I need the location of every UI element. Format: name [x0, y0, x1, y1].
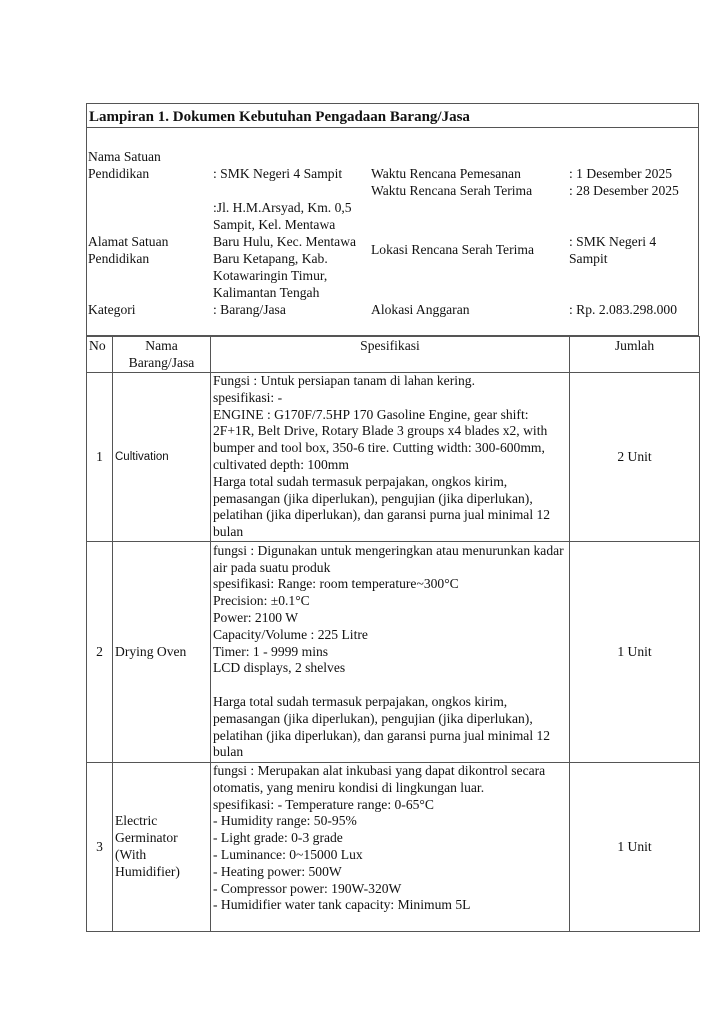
spec-line: Timer: 1 - 9999 mins — [213, 644, 567, 661]
waktu-pemesanan-label: Waktu Rencana Pemesanan — [371, 165, 521, 182]
item-quantity: 2 Unit — [570, 373, 700, 542]
table-row: 3ElectricGerminator(WithHumidifier)fungs… — [87, 763, 700, 932]
document-title: Lampiran 1. Dokumen Kebutuhan Pengadaan … — [87, 104, 698, 128]
header-no: No — [87, 337, 113, 373]
table-header-row: No Nama Barang/Jasa Spesifikasi Jumlah — [87, 337, 700, 373]
spec-line: spesifikasi: - — [213, 390, 567, 407]
address-line: :Jl. H.M.Arsyad, Km. 0,5 — [213, 199, 356, 216]
item-name-line: Electric — [115, 813, 208, 830]
waktu-pemesanan-value: : 1 Desember 2025 — [569, 165, 672, 182]
spec-line: Precision: ±0.1°C — [213, 593, 567, 610]
row-number: 3 — [87, 763, 113, 932]
spec-line: fungsi : Digunakan untuk mengeringkan at… — [213, 543, 567, 577]
item-name-line: (With — [115, 847, 208, 864]
address-line: Kotawaringin Timur, — [213, 267, 356, 284]
label-line: Pendidikan — [88, 250, 168, 267]
item-name: ElectricGerminator(WithHumidifier) — [113, 763, 211, 932]
item-name: Cultivation — [113, 373, 211, 542]
document-header-box: Lampiran 1. Dokumen Kebutuhan Pengadaan … — [86, 103, 699, 336]
alamat-label: Alamat Satuan Pendidikan — [88, 233, 168, 267]
lokasi-value: : SMK Negeri 4 Sampit — [569, 233, 656, 267]
spec-line: spesifikasi: Range: room temperature~300… — [213, 576, 567, 593]
spec-line: spesifikasi: - Temperature range: 0-65°C — [213, 797, 567, 814]
waktu-serah-label: Waktu Rencana Serah Terima — [371, 182, 532, 199]
waktu-serah-value: : 28 Desember 2025 — [569, 182, 679, 199]
item-quantity: 1 Unit — [570, 763, 700, 932]
spec-line: Harga total sudah termasuk perpajakan, o… — [213, 474, 567, 541]
item-spec: Fungsi : Untuk persiapan tanam di lahan … — [211, 373, 570, 542]
lokasi-label: Lokasi Rencana Serah Terima — [371, 241, 534, 258]
spec-line: fungsi : Merupakan alat inkubasi yang da… — [213, 763, 567, 797]
spec-line: - Heating power: 500W — [213, 864, 567, 881]
table-row: 2Drying Ovenfungsi : Digunakan untuk men… — [87, 542, 700, 763]
alamat-value: :Jl. H.M.Arsyad, Km. 0,5 Sampit, Kel. Me… — [213, 199, 356, 301]
header-line: Nama — [115, 338, 208, 355]
row-number: 1 — [87, 373, 113, 542]
address-line: Baru Hulu, Kec. Mentawa — [213, 233, 356, 250]
header-name: Nama Barang/Jasa — [113, 337, 211, 373]
item-name: Drying Oven — [113, 542, 211, 763]
label-line: Alamat Satuan — [88, 233, 168, 250]
spec-line: - Luminance: 0~15000 Lux — [213, 847, 567, 864]
item-spec: fungsi : Digunakan untuk mengeringkan at… — [211, 542, 570, 763]
nama-satuan-label: Nama Satuan Pendidikan — [88, 148, 161, 182]
spec-line: - Humidifier water tank capacity: Minimu… — [213, 897, 567, 914]
header-line: Barang/Jasa — [115, 355, 208, 372]
items-table: No Nama Barang/Jasa Spesifikasi Jumlah 1… — [86, 336, 700, 932]
spec-line: Fungsi : Untuk persiapan tanam di lahan … — [213, 373, 567, 390]
address-line: Baru Ketapang, Kab. — [213, 250, 356, 267]
item-spec: fungsi : Merupakan alat inkubasi yang da… — [211, 763, 570, 932]
table-row: 1CultivationFungsi : Untuk persiapan tan… — [87, 373, 700, 542]
spec-line: - Light grade: 0-3 grade — [213, 830, 567, 847]
address-line: Sampit, Kel. Mentawa — [213, 216, 356, 233]
label-line: Pendidikan — [88, 165, 161, 182]
alokasi-label: Alokasi Anggaran — [371, 301, 470, 318]
item-name-line: Humidifier) — [115, 864, 208, 881]
document-page: Lampiran 1. Dokumen Kebutuhan Pengadaan … — [86, 103, 699, 932]
spec-line: ENGINE : G170F/7.5HP 170 Gasoline Engine… — [213, 407, 567, 474]
spec-line — [213, 914, 567, 931]
header-spec: Spesifikasi — [211, 337, 570, 373]
header-qty: Jumlah — [570, 337, 700, 373]
spec-line: Power: 2100 W — [213, 610, 567, 627]
item-name-line: Germinator — [115, 830, 208, 847]
spec-line: - Humidity range: 50-95% — [213, 813, 567, 830]
spec-line: Capacity/Volume : 225 Litre — [213, 627, 567, 644]
value-line: Sampit — [569, 250, 656, 267]
item-quantity: 1 Unit — [570, 542, 700, 763]
label-line: Nama Satuan — [88, 148, 161, 165]
info-section: Nama Satuan Pendidikan : SMK Negeri 4 Sa… — [87, 128, 698, 335]
item-name-line: Cultivation — [115, 449, 208, 466]
spec-line: - Compressor power: 190W-320W — [213, 881, 567, 898]
spec-line: Harga total sudah termasuk perpajakan, o… — [213, 694, 567, 761]
value-line: : SMK Negeri 4 — [569, 233, 656, 250]
spec-line — [213, 677, 567, 694]
row-number: 2 — [87, 542, 113, 763]
kategori-value: : Barang/Jasa — [213, 301, 286, 318]
address-line: Kalimantan Tengah — [213, 284, 356, 301]
alokasi-value: : Rp. 2.083.298.000 — [569, 301, 677, 318]
item-name-line: Drying Oven — [115, 644, 208, 661]
spec-line: LCD displays, 2 shelves — [213, 660, 567, 677]
nama-satuan-value: : SMK Negeri 4 Sampit — [213, 165, 342, 182]
kategori-label: Kategori — [88, 301, 136, 318]
